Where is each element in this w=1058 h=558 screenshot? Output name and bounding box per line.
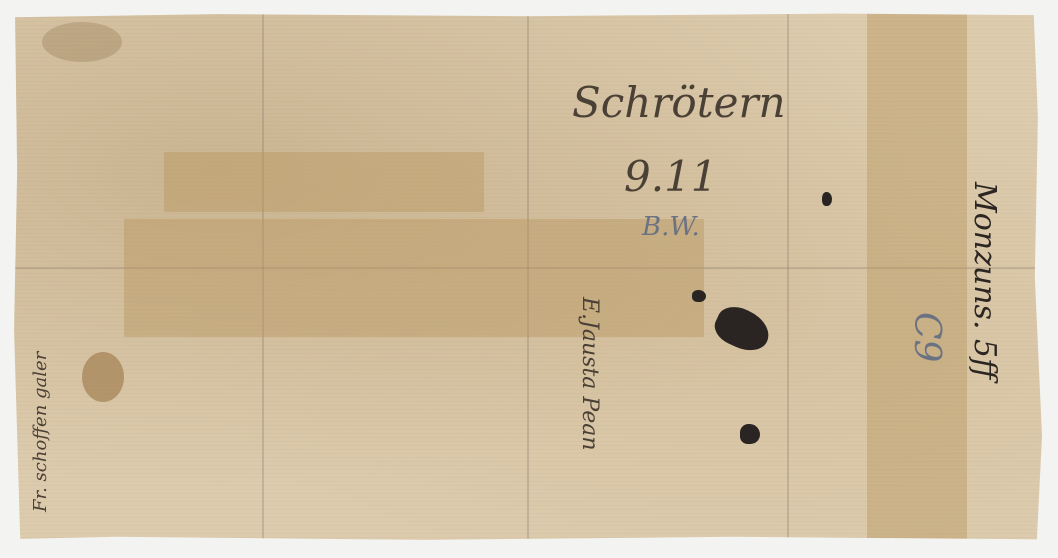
- fold-line-vertical-right: [787, 12, 789, 542]
- water-stain: [82, 352, 124, 402]
- top-left-stain: [42, 22, 122, 62]
- ink-blot-large: [710, 300, 776, 358]
- annotation-vertical-left: Fr. schoffen galer: [30, 352, 51, 512]
- document-paper: Schrötern 9.11 B.W. Monzuns. 5ff E.Jaust…: [12, 12, 1042, 542]
- annotation-name: Schrötern: [572, 78, 786, 127]
- ink-blot-small-1: [692, 290, 706, 302]
- ink-blot-small-2: [740, 424, 760, 444]
- tape-strip-middle: [124, 219, 704, 337]
- tape-strip-upper: [164, 152, 484, 212]
- annotation-vertical-center: E.Jausta Pean: [577, 297, 602, 451]
- annotation-pencil-mark: C9: [906, 312, 947, 362]
- annotation-vertical-right: Monzuns. 5ff: [967, 182, 1002, 379]
- tape-strip-right: [867, 12, 967, 542]
- annotation-number: 9.11: [624, 152, 718, 201]
- annotation-pencil-note: B.W.: [642, 212, 700, 242]
- ink-blot-small-3: [822, 192, 832, 206]
